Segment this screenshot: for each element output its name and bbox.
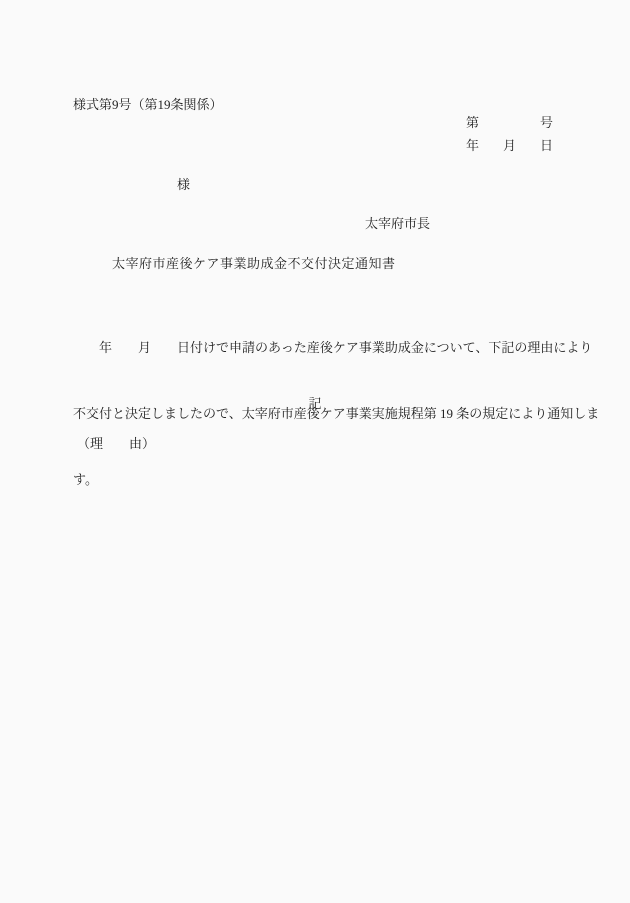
doc-number-prefix: 第	[466, 115, 479, 130]
date-day-label: 日	[540, 138, 553, 153]
body-line-3: す。	[73, 469, 593, 491]
date-month-label: 月	[503, 138, 516, 153]
reason-label: （理 由）	[77, 436, 155, 451]
body-paragraph: 年 月 日付けで申請のあった産後ケア事業助成金について、下記の理由により 不交付…	[73, 293, 593, 535]
document-page: 様式第9号（第19条関係） 第 号 年 月 日 様 太宰府市長 太宰府市産後ケア…	[0, 0, 630, 903]
document-number-line: 第 号	[466, 115, 553, 130]
sender-title: 太宰府市長	[365, 216, 430, 231]
record-marker: 記	[0, 396, 630, 411]
doc-number-suffix: 号	[540, 115, 553, 130]
date-year-label: 年	[466, 138, 479, 153]
body-line-1: 年 月 日付けで申請のあった産後ケア事業助成金について、下記の理由により	[73, 337, 593, 359]
date-line: 年 月 日	[466, 138, 553, 153]
document-title: 太宰府市産後ケア事業助成金不交付決定通知書	[112, 256, 396, 271]
form-number: 様式第9号（第19条関係）	[73, 97, 223, 112]
addressee-honorific: 様	[177, 177, 190, 192]
